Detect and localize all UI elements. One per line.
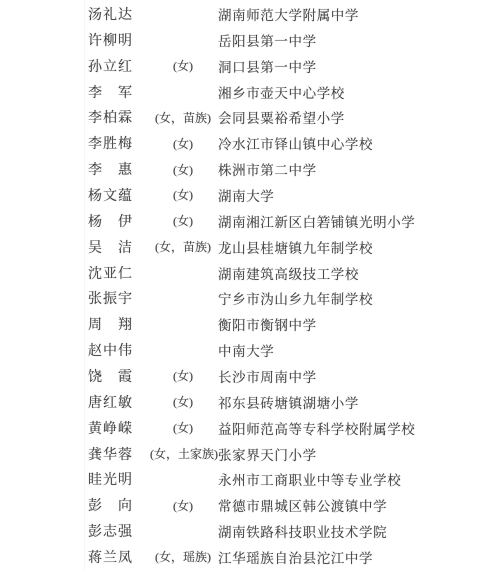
school-name: 会同县粟裕希望小学 <box>216 107 500 127</box>
table-row: 李 惠 (女) 株洲市第二中学 <box>0 156 500 182</box>
school-name: 龙山县桂塘镇九年制学校 <box>216 237 500 257</box>
table-row: 眭光明 永州市工商职业中等专业学校 <box>0 466 500 492</box>
school-name: 张家界天门小学 <box>216 444 500 464</box>
school-name: 祁东县砖塘镇湖塘小学 <box>216 392 500 412</box>
gender-ethnicity-note: (女) <box>150 497 216 514</box>
person-name: 彭志强 <box>88 521 150 541</box>
school-name: 中南大学 <box>216 340 500 360</box>
person-name: 李胜梅 <box>88 133 150 153</box>
school-name: 湖南师范大学附属中学 <box>216 4 500 24</box>
person-name: 饶 霞 <box>88 366 150 386</box>
school-name: 常德市鼎城区韩公渡镇中学 <box>216 495 500 515</box>
school-name: 株洲市第二中学 <box>216 159 500 179</box>
person-name: 蒋兰凤 <box>88 547 150 567</box>
table-row: 李柏霖 (女，苗族) 会同县粟裕希望小学 <box>0 104 500 130</box>
table-row: 杨文蕴 (女) 湖南大学 <box>0 182 500 208</box>
table-row: 周 翔 衡阳市衡钢中学 <box>0 311 500 337</box>
school-name: 湖南铁路科技职业技术学院 <box>216 521 500 541</box>
person-name: 彭 向 <box>88 495 150 515</box>
person-name: 汤礼达 <box>88 4 150 24</box>
table-row: 饶 霞 (女) 长沙市周南中学 <box>0 363 500 389</box>
gender-ethnicity-note: (女) <box>150 57 216 74</box>
table-row: 蒋兰凤 (女，瑶族) 江华瑶族自治县沱江中学 <box>0 544 500 570</box>
school-name: 洞口县第一中学 <box>216 56 500 76</box>
person-name: 黄峥嵘 <box>88 418 150 438</box>
school-name: 湖南大学 <box>216 185 500 205</box>
table-row: 沈亚仁 湖南建筑高级技工学校 <box>0 260 500 286</box>
person-name: 杨 伊 <box>88 211 150 231</box>
school-name: 宁乡市沩山乡九年制学校 <box>216 288 500 308</box>
table-row: 汤礼达 湖南师范大学附属中学 <box>0 1 500 27</box>
school-name: 衡阳市衡钢中学 <box>216 314 500 334</box>
gender-ethnicity-note: (女) <box>150 419 216 436</box>
scan-edge-artifact <box>84 0 85 570</box>
school-name: 江华瑶族自治县沱江中学 <box>216 547 500 567</box>
table-row: 孙立红 (女) 洞口县第一中学 <box>0 53 500 79</box>
gender-ethnicity-note: (女) <box>150 212 216 229</box>
table-row: 龚华蓉 (女，土家族) 张家界天门小学 <box>0 441 500 467</box>
name-list: 汤礼达 湖南师范大学附属中学 许柳明 岳阳县第一中学 孙立红 (女) 洞口县第一… <box>0 0 500 570</box>
table-row: 彭 向 (女) 常德市鼎城区韩公渡镇中学 <box>0 492 500 518</box>
person-name: 李 惠 <box>88 159 150 179</box>
person-name: 许柳明 <box>88 30 150 50</box>
person-name: 吴 洁 <box>88 237 150 257</box>
gender-ethnicity-note: (女) <box>150 186 216 203</box>
table-row: 赵中伟 中南大学 <box>0 337 500 363</box>
table-row: 黄峥嵘 (女) 益阳师范高等专科学校附属学校 <box>0 415 500 441</box>
school-name: 岳阳县第一中学 <box>216 30 500 50</box>
person-name: 周 翔 <box>88 314 150 334</box>
gender-ethnicity-note: (女，苗族) <box>150 109 216 126</box>
person-name: 李柏霖 <box>88 107 150 127</box>
person-name: 唐红敏 <box>88 392 150 412</box>
gender-ethnicity-note: (女) <box>150 161 216 178</box>
school-name: 长沙市周南中学 <box>216 366 500 386</box>
school-name: 冷水江市铎山镇中心学校 <box>216 133 500 153</box>
gender-ethnicity-note: (女) <box>150 135 216 152</box>
school-name: 益阳师范高等专科学校附属学校 <box>216 418 500 438</box>
school-name: 湘乡市壶天中心学校 <box>216 82 500 102</box>
school-name: 湖南湘江新区白箬铺镇光明小学 <box>216 211 500 231</box>
school-name: 湖南建筑高级技工学校 <box>216 263 500 283</box>
person-name: 眭光明 <box>88 469 150 489</box>
table-row: 张振宇 宁乡市沩山乡九年制学校 <box>0 285 500 311</box>
table-row: 许柳明 岳阳县第一中学 <box>0 27 500 53</box>
person-name: 孙立红 <box>88 56 150 76</box>
gender-ethnicity-note: (女，土家族) <box>150 445 216 462</box>
table-row: 杨 伊 (女) 湖南湘江新区白箬铺镇光明小学 <box>0 208 500 234</box>
table-row: 彭志强 湖南铁路科技职业技术学院 <box>0 518 500 544</box>
person-name: 龚华蓉 <box>88 444 150 464</box>
gender-ethnicity-note: (女) <box>150 393 216 410</box>
table-row: 李胜梅 (女) 冷水江市铎山镇中心学校 <box>0 130 500 156</box>
table-row: 李 军 湘乡市壶天中心学校 <box>0 79 500 105</box>
person-name: 杨文蕴 <box>88 185 150 205</box>
gender-ethnicity-note: (女，苗族) <box>150 238 216 255</box>
gender-ethnicity-note: (女，瑶族) <box>150 548 216 565</box>
person-name: 李 军 <box>88 82 150 102</box>
table-row: 吴 洁 (女，苗族) 龙山县桂塘镇九年制学校 <box>0 234 500 260</box>
school-name: 永州市工商职业中等专业学校 <box>216 469 500 489</box>
gender-ethnicity-note: (女) <box>150 367 216 384</box>
person-name: 张振宇 <box>88 288 150 308</box>
person-name: 赵中伟 <box>88 340 150 360</box>
person-name: 沈亚仁 <box>88 263 150 283</box>
table-row: 唐红敏 (女) 祁东县砖塘镇湖塘小学 <box>0 389 500 415</box>
